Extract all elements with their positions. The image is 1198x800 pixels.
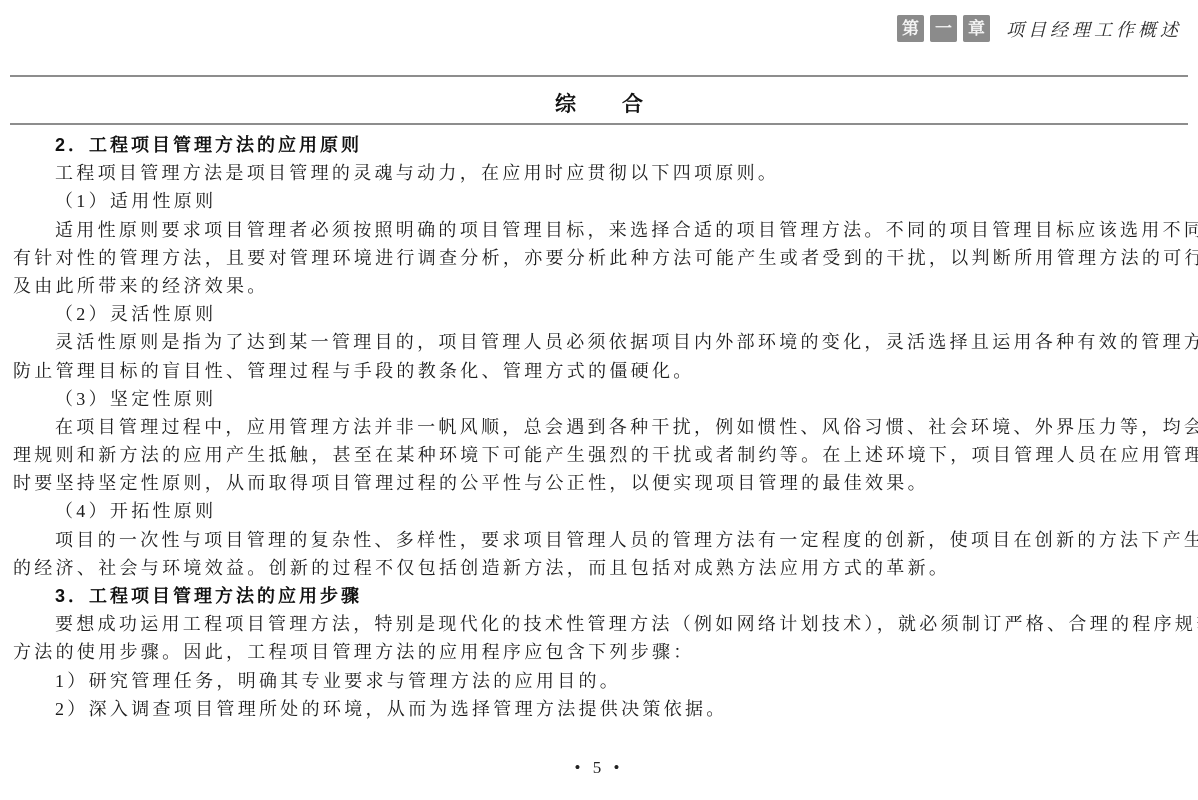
body-text: 2．工程项目管理方法的应用原则 工程项目管理方法是项目管理的灵魂与动力，在应用时… [13, 131, 1188, 723]
subheading-line: （3）坚定性原则 [13, 385, 1188, 413]
chapter-badge-char: 一 [930, 15, 957, 42]
section-title-char: 综 [555, 93, 576, 116]
top-rule [10, 75, 1188, 77]
text-line: 适用性原则要求项目管理者必须按照明确的项目管理目标，来选择合适的项目管理方法。不… [13, 216, 1188, 244]
section-title: 综合 [0, 88, 1198, 118]
chapter-badge-char: 章 [963, 15, 990, 42]
running-head: 第 一 章 项目经理工作概述 [897, 15, 1182, 42]
text-line: 的经济、社会与环境效益。创新的过程不仅包括创造新方法，而且包括对成熟方法应用方式… [13, 554, 1188, 582]
section-title-char: 合 [622, 93, 643, 116]
subheading-line: （1）适用性原则 [13, 187, 1188, 215]
list-item-line: 1）研究管理任务，明确其专业要求与管理方法的应用目的。 [13, 667, 1188, 695]
text-line: 时要坚持坚定性原则，从而取得项目管理过程的公平性与公正性，以便实现项目管理的最佳… [13, 469, 1188, 497]
chapter-title: 项目经理工作概述 [1006, 16, 1182, 42]
subheading-line: （2）灵活性原则 [13, 300, 1188, 328]
text-line: 防止管理目标的盲目性、管理过程与手段的教条化、管理方式的僵硬化。 [13, 357, 1188, 385]
page-number: • 5 • [0, 758, 1198, 778]
text-line: 理规则和新方法的应用产生抵触，甚至在某种环境下可能产生强烈的干扰或者制约等。在上… [13, 441, 1188, 469]
text-line: 要想成功运用工程项目管理方法，特别是现代化的技术性管理方法（例如网络计划技术），… [13, 610, 1188, 638]
text-line: 灵活性原则是指为了达到某一管理目的，项目管理人员必须依据项目内外部环境的变化，灵… [13, 328, 1188, 356]
heading-line: 3．工程项目管理方法的应用步骤 [13, 582, 1188, 610]
chapter-number-badge: 第 一 章 [897, 15, 990, 42]
heading-line: 2．工程项目管理方法的应用原则 [13, 131, 1188, 159]
text-line: 及由此所带来的经济效果。 [13, 272, 1188, 300]
text-line: 方法的使用步骤。因此，工程项目管理方法的应用程序应包含下列步骤： [13, 638, 1188, 666]
bottom-rule [10, 123, 1188, 125]
text-line: 在项目管理过程中，应用管理方法并非一帆风顺，总会遇到各种干扰，例如惯性、风俗习惯… [13, 413, 1188, 441]
text-line: 项目的一次性与项目管理的复杂性、多样性，要求项目管理人员的管理方法有一定程度的创… [13, 526, 1188, 554]
book-page: 第 一 章 项目经理工作概述 综合 2．工程项目管理方法的应用原则 工程项目管理… [0, 0, 1198, 800]
list-item-line: 2）深入调查项目管理所处的环境，从而为选择管理方法提供决策依据。 [13, 695, 1188, 723]
text-line: 有针对性的管理方法，且要对管理环境进行调查分析，亦要分析此种方法可能产生或者受到… [13, 244, 1188, 272]
subheading-line: （4）开拓性原则 [13, 497, 1188, 525]
chapter-badge-char: 第 [897, 15, 924, 42]
text-line: 工程项目管理方法是项目管理的灵魂与动力，在应用时应贯彻以下四项原则。 [13, 159, 1188, 187]
